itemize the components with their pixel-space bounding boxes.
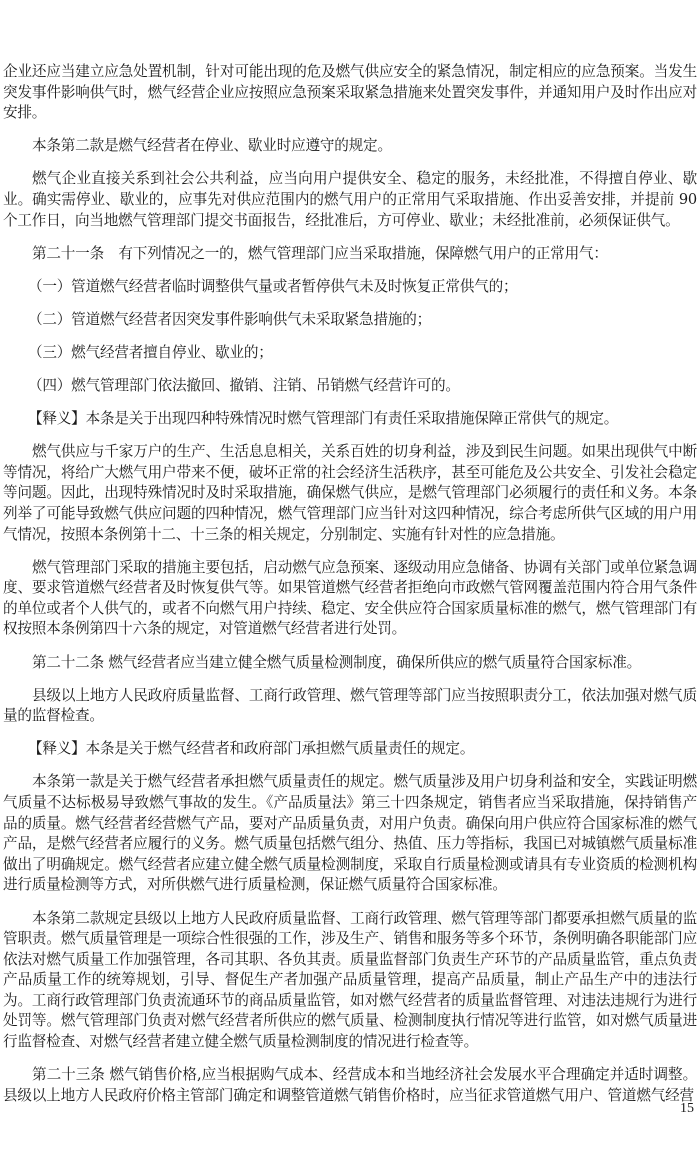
article-21-item-1: （一）管道燃气经营者临时调整供气量或者暂停供气未及时恢复正常供气的；: [3, 277, 697, 298]
article-21-item-4: （四）燃气管理部门依法撤回、撤销、注销、吊销燃气经营许可的。: [3, 376, 697, 397]
document-page: 企业还应当建立应急处置机制，针对可能出现的危及燃气供应安全的紧急情况，制定相应的…: [3, 62, 697, 1119]
paragraph-quality-responsibility: 本条第一款是关于燃气经营者承担燃气质量责任的规定。燃气质量涉及用户切身利益和安全…: [3, 772, 697, 896]
page-number: 15: [680, 1101, 694, 1117]
article-21-heading: 第二十一条 有下列情况之一的，燃气管理部门应当采取措施，保障燃气用户的正常用气：: [3, 244, 697, 265]
paragraph-suspension-rules: 燃气企业直接关系到社会公共利益，应当向用户提供安全、稳定的服务，未经批准，不得擅…: [3, 169, 697, 231]
article-21-interpretation: 【释义】本条是关于出现四种特殊情况时燃气管理部门有责任采取措施保障正常供气的规定…: [3, 409, 697, 430]
paragraph-supervision-duties: 本条第二款规定县级以上地方人民政府质量监督、工商行政管理、燃气管理等部门都要承担…: [3, 909, 697, 1053]
paragraph-emergency-mechanism: 企业还应当建立应急处置机制，针对可能出现的危及燃气供应安全的紧急情况，制定相应的…: [3, 62, 697, 124]
paragraph-clause-two-intro: 本条第二款是燃气经营者在停业、歇业时应遵守的规定。: [3, 136, 697, 157]
article-22-interpretation: 【释义】本条是关于燃气经营者和政府部门承担燃气质量责任的规定。: [3, 739, 697, 760]
article-21-item-3: （三）燃气经营者擅自停业、歇业的；: [3, 343, 697, 364]
article-22-clause-2: 县级以上地方人民政府质量监督、工商行政管理、燃气管理等部门应当按照职责分工，依法…: [3, 686, 697, 727]
paragraph-management-measures: 燃气管理部门采取的措施主要包括，启动燃气应急预案、逐级动用应急储备、协调有关部门…: [3, 558, 697, 640]
article-21-item-2: （二）管道燃气经营者因突发事件影响供气未采取紧急措施的；: [3, 310, 697, 331]
paragraph-supply-importance: 燃气供应与千家万户的生产、生活息息相关，关系百姓的切身利益，涉及到民生问题。如果…: [3, 442, 697, 545]
article-23-heading: 第二十三条 燃气销售价格,应当根据购气成本、经营成本和当地经济社会发展水平合理确…: [3, 1065, 697, 1106]
article-22-heading: 第二十二条 燃气经营者应当建立健全燃气质量检测制度，确保所供应的燃气质量符合国家…: [3, 653, 697, 674]
